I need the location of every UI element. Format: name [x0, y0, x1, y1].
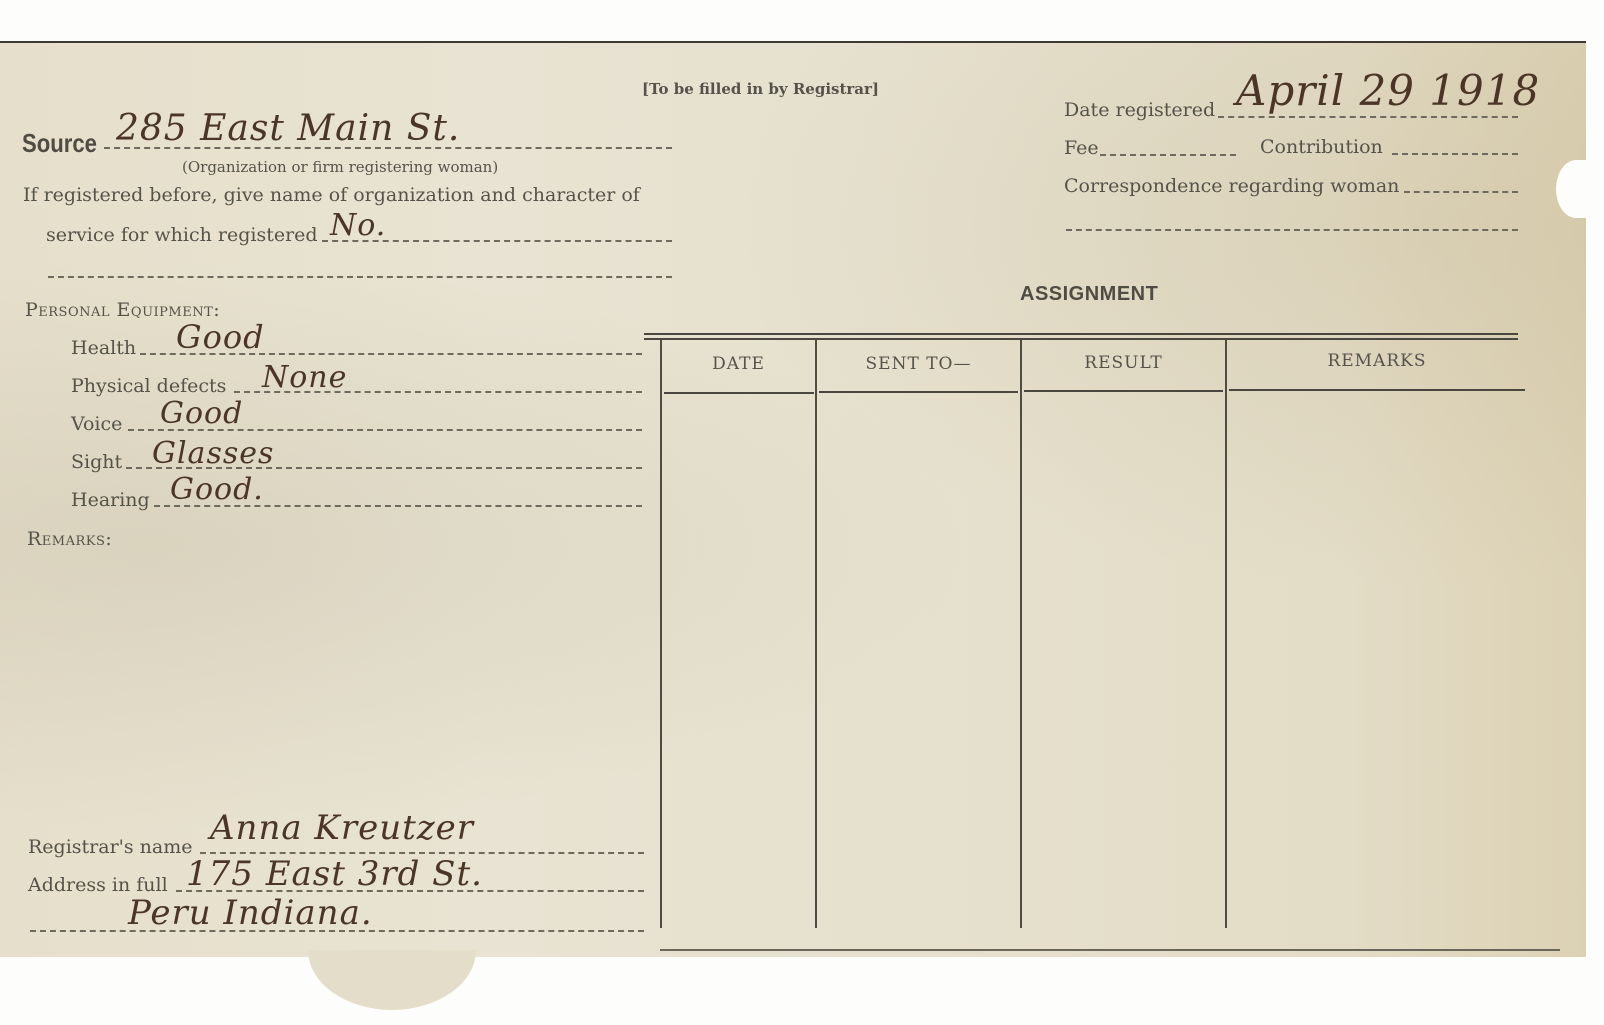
registered-before-value[interactable]: No. [330, 208, 386, 243]
col-header-date: DATE [662, 354, 815, 374]
correspondence-line-2[interactable] [1066, 229, 1518, 231]
date-registered-value[interactable]: April 29 1918 [1236, 66, 1540, 115]
voice-label: Voice [71, 413, 122, 435]
header-rule-result [1024, 390, 1223, 392]
assignment-title: ASSIGNMENT [1020, 283, 1158, 306]
physical-defects-label: Physical defects [71, 375, 226, 397]
registered-before-line-2 [48, 276, 672, 278]
cell-result[interactable] [1022, 394, 1225, 928]
address-value-line2[interactable]: Peru Indiana. [128, 893, 373, 933]
registrar-note: [To be filled in by Registrar] [642, 80, 879, 98]
card-bottom-tab [308, 950, 476, 1010]
correspondence-label: Correspondence regarding woman [1064, 175, 1399, 197]
col-header-result: RESULT [1022, 353, 1225, 373]
source-label: Source [22, 128, 97, 159]
card-notch [1556, 160, 1596, 218]
source-value[interactable]: 285 East Main St. [116, 108, 460, 149]
date-registered-line [1218, 116, 1518, 118]
physical-defects-value[interactable]: None [262, 360, 347, 395]
correspondence-line[interactable] [1404, 191, 1518, 193]
cell-date[interactable] [662, 394, 815, 928]
cell-sent-to[interactable] [817, 394, 1020, 928]
registered-before-question: If registered before, give name of organ… [23, 184, 640, 206]
col-header-sent-to: SENT TO— [817, 354, 1020, 374]
registrar-name-label: Registrar's name [28, 836, 193, 858]
remarks-area[interactable] [27, 556, 637, 806]
contribution-label: Contribution [1260, 136, 1383, 158]
sight-value[interactable]: Glasses [152, 436, 274, 471]
registered-before-label: service for which registered [46, 224, 318, 246]
date-registered-label: Date registered [1064, 99, 1215, 121]
assignment-top-rule-2 [644, 338, 1518, 340]
contribution-line[interactable] [1392, 153, 1518, 155]
hearing-value[interactable]: Good. [170, 472, 264, 507]
health-value[interactable]: Good [176, 318, 265, 356]
fee-label: Fee [1064, 137, 1099, 159]
assignment-bottom-rule [660, 949, 1560, 951]
header-rule-sent-to [819, 391, 1018, 393]
cell-remarks[interactable] [1227, 392, 1527, 928]
sight-label: Sight [71, 451, 122, 473]
assignment-top-rule-1 [644, 333, 1518, 335]
fee-line[interactable] [1100, 154, 1236, 156]
hearing-label: Hearing [71, 489, 150, 511]
source-caption: (Organization or firm registering woman) [182, 158, 498, 176]
col-header-remarks: REMARKS [1227, 351, 1527, 371]
address-value-line1[interactable]: 175 East 3rd St. [186, 854, 483, 894]
voice-value[interactable]: Good [160, 396, 243, 431]
registrar-name-value[interactable]: Anna Kreutzer [210, 808, 474, 848]
health-label: Health [71, 337, 136, 359]
remarks-heading: Remarks: [27, 528, 112, 550]
header-rule-remarks [1229, 389, 1525, 391]
